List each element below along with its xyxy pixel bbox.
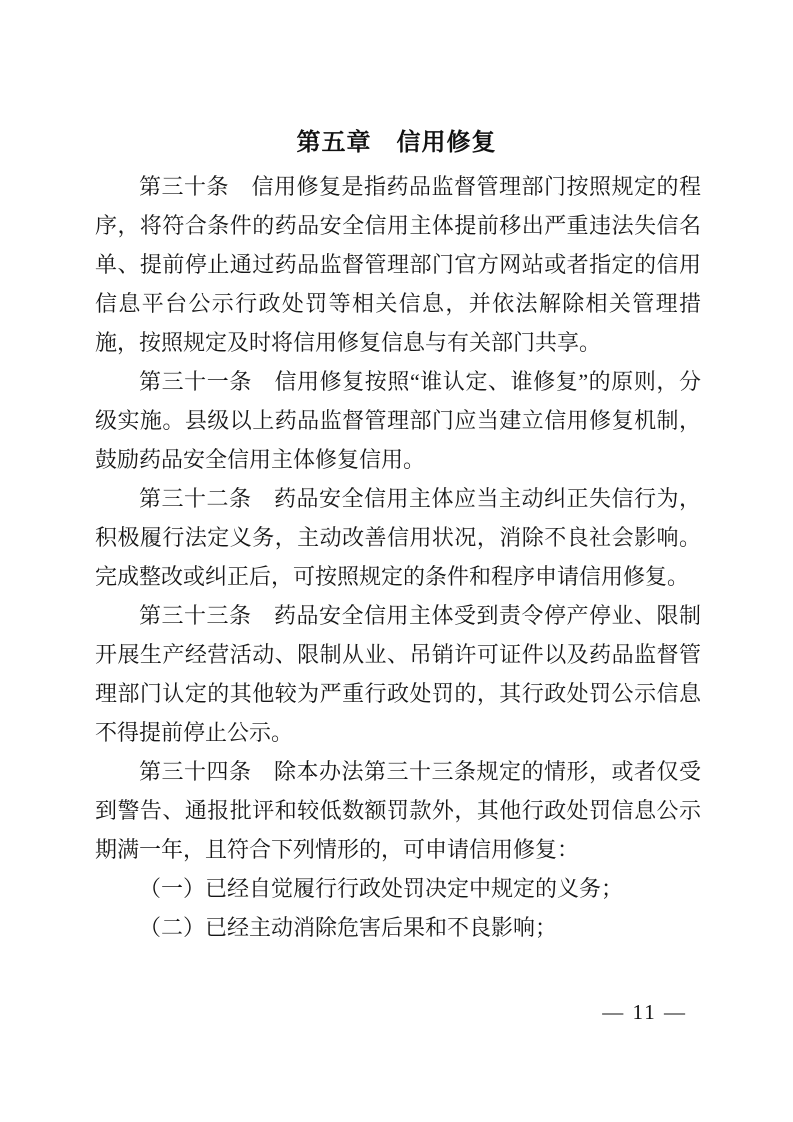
document-body: 第三十条 信用修复是指药品监督管理部门按照规定的程序，将符合条件的药品安全信用主… bbox=[95, 167, 701, 947]
paragraph-article-30: 第三十条 信用修复是指药品监督管理部门按照规定的程序，将符合条件的药品安全信用主… bbox=[95, 167, 701, 362]
paragraph-article-34: 第三十四条 除本办法第三十三条规定的情形，或者仅受到警告、通报批评和较低数额罚款… bbox=[95, 752, 701, 869]
page-number: — 11 — bbox=[602, 999, 687, 1025]
document-page: 第五章 信用修复 第三十条 信用修复是指药品监督管理部门按照规定的程序，将符合条… bbox=[0, 0, 793, 1122]
paragraph-article-32: 第三十二条 药品安全信用主体应当主动纠正失信行为，积极履行法定义务，主动改善信用… bbox=[95, 479, 701, 596]
chapter-title: 第五章 信用修复 bbox=[0, 127, 793, 159]
paragraph-item-1: （一）已经自觉履行行政处罚决定中规定的义务； bbox=[95, 869, 701, 908]
paragraph-article-31: 第三十一条 信用修复按照“谁认定、谁修复”的原则，分级实施。县级以上药品监督管理… bbox=[95, 362, 701, 479]
paragraph-article-33: 第三十三条 药品安全信用主体受到责令停产停业、限制开展生产经营活动、限制从业、吊… bbox=[95, 596, 701, 752]
paragraph-item-2: （二）已经主动消除危害后果和不良影响； bbox=[95, 908, 701, 947]
